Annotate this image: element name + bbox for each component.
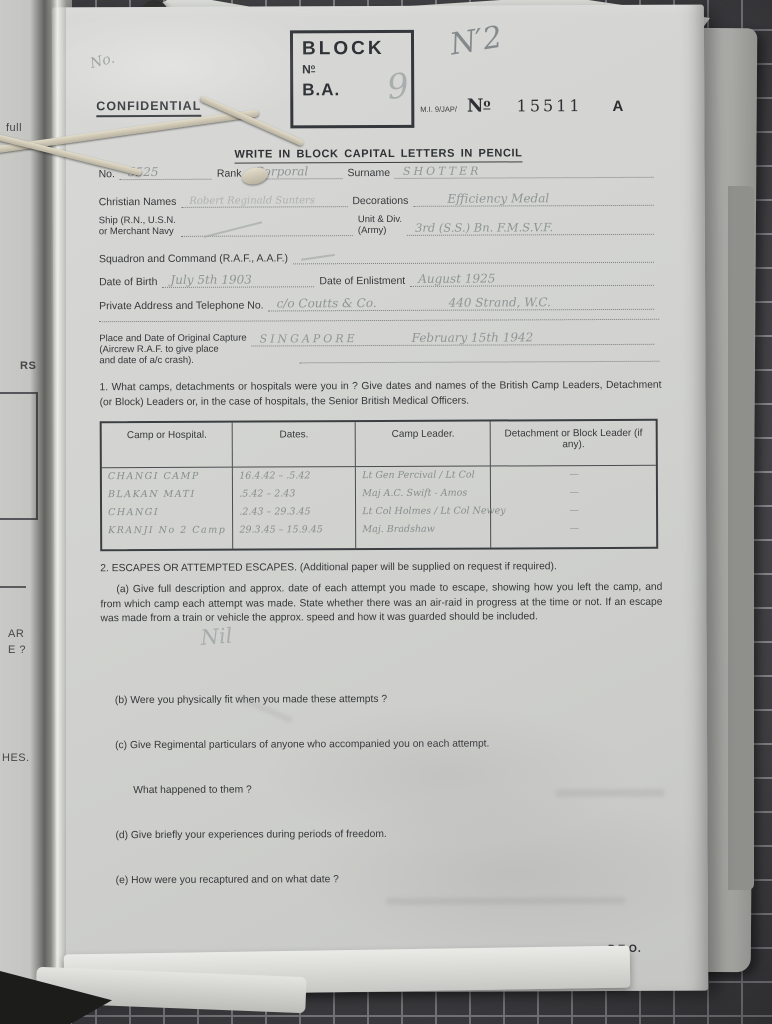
form-instruction-heading: WRITE IN BLOCK CAPITAL LETTERS IN PENCIL — [98, 143, 658, 163]
unit-label-line2: (Army) — [358, 225, 402, 236]
question-2e-text: (e) How were you recaptured and on what … — [116, 873, 648, 886]
field-unit: 3rd (S.S.) Bn. F.M.S.V.F. — [407, 220, 654, 236]
dates-column: 16.4.42 – .5.42 .5.42 – 2.43 .2.43 – 29.… — [233, 467, 356, 549]
field-squadron — [293, 248, 654, 265]
form-row-number-rank-surname: No. 5525 Rank Corporal Surname SHOTTER — [99, 163, 659, 180]
form-row-private-address: Private Address and Telephone No. c/o Co… — [99, 295, 659, 312]
field-date-of-birth-value: July 5th 1903 — [170, 273, 252, 287]
left-page-text-fragment: RS — [20, 360, 36, 372]
field-christian-names-value: Robert Reginald Sunters — [189, 195, 315, 207]
pow-questionnaire-page: No. CONFIDENTIAL BLOCK No B.A. 9 N′2 M.I… — [52, 5, 708, 994]
field-surname-value: SHOTTER — [403, 165, 481, 178]
form-row-squadron: Squadron and Command (R.A.F., A.A.F.) — [99, 248, 659, 265]
field-surname: SHOTTER — [395, 163, 654, 179]
table-cell-leader: Maj A.C. Swift - Amos — [362, 488, 485, 507]
table-cell-dates: .2.43 – 29.3.45 — [239, 506, 350, 524]
field-label-date-of-birth: Date of Birth — [99, 276, 157, 288]
handwritten-nil-answer: Nil — [200, 624, 234, 650]
handwritten-top-note: N′2 — [448, 20, 505, 63]
table-cell-detachment: — — [497, 505, 651, 524]
leader-column: Lt Gen Percival / Lt Col Maj A.C. Swift … — [356, 467, 492, 549]
field-date-of-enlistment: August 1925 — [410, 271, 654, 287]
ship-label-line1: Ship (R.N., U.S.N. — [99, 215, 176, 226]
field-label-surname: Surname — [347, 167, 390, 179]
ref-no-label: No — [467, 96, 491, 117]
left-page-text-fragment: E ? — [8, 644, 26, 656]
pencil-smudge — [386, 897, 626, 905]
table-cell-dates: 29.3.45 – 15.9.45 — [239, 524, 350, 542]
field-label-decorations: Decorations — [352, 195, 408, 207]
question-2c-text: (c) Give Regimental particulars of anyon… — [115, 738, 647, 751]
question-1-text: 1. What camps, detachments or hospitals … — [99, 379, 661, 410]
col-header-camp: Camp or Hospital. — [102, 423, 233, 468]
table-cell-camp: CHANGI — [108, 507, 227, 526]
ref-no-o: o — [483, 98, 490, 110]
field-unit-value: 3rd (S.S.) Bn. F.M.S.V.F. — [415, 220, 553, 235]
capture-label-line1: Place and Date of Original Capture — [99, 333, 246, 345]
camps-table-header: Camp or Hospital. Dates. Camp Leader. De… — [102, 421, 656, 468]
camps-table: Camp or Hospital. Dates. Camp Leader. De… — [100, 419, 659, 551]
field-date-of-birth: July 5th 1903 — [162, 272, 314, 288]
unit-label-line1: Unit & Div. — [358, 214, 402, 225]
stamp-line-block: BLOCK — [302, 38, 402, 60]
form-instruction-text: WRITE IN BLOCK CAPITAL LETTERS IN PENCIL — [234, 147, 522, 163]
field-label-no: No. — [99, 168, 115, 180]
table-cell-leader: Maj. Bradshaw — [362, 524, 485, 543]
table-cell-camp: KRANJI No 2 Camp — [108, 525, 227, 544]
table-cell-leader: Lt Gen Percival / Lt Col — [362, 470, 485, 489]
field-label-squadron: Squadron and Command (R.A.F., A.A.F.) — [99, 252, 288, 265]
question-2d-text: (d) Give briefly your experiences during… — [115, 828, 647, 841]
capture-label-line3: and date of a/c crash). — [99, 355, 246, 367]
pencil-smudge — [555, 789, 665, 797]
field-label-christian-names: Christian Names — [99, 196, 177, 208]
field-label-ship: Ship (R.N., U.S.N. or Merchant Navy — [99, 215, 176, 237]
ref-suffix: A — [613, 98, 624, 115]
question-2b-text: (b) Were you physically fit when you mad… — [115, 693, 647, 706]
confidential-label: CONFIDENTIAL — [96, 99, 201, 117]
blank-rule-line — [99, 319, 659, 322]
ref-prefix: M.I. 9/JAP/ — [420, 105, 457, 114]
field-decorations-value: Efficiency Medal — [447, 191, 549, 205]
detachment-column: — — — — — [491, 466, 656, 548]
field-capture: SINGAPORE February 15th 1942 — [252, 331, 655, 347]
table-cell-dates: 16.4.42 – .5.42 — [239, 470, 350, 488]
table-cell-camp: BLAKAN MATI — [108, 489, 227, 508]
field-label-date-of-enlistment: Date of Enlistment — [319, 275, 405, 287]
left-page-rule-fragment — [0, 586, 26, 588]
col-header-leader: Camp Leader. — [356, 422, 491, 467]
ship-label-line2: or Merchant Navy — [99, 226, 176, 237]
stamp-no-n: N — [302, 62, 311, 76]
camps-column: CHANGI CAMP BLAKAN MATI CHANGI KRANJI No… — [102, 468, 234, 550]
field-label-unit: Unit & Div. (Army) — [358, 214, 402, 236]
handwritten-block-number: 9 — [385, 66, 411, 108]
form-row-ship-unit: Ship (R.N., U.S.N. or Merchant Navy Unit… — [99, 213, 659, 237]
question-2a-text: (a) Give full description and approx. da… — [100, 581, 662, 627]
field-label-rank: Rank — [217, 168, 242, 180]
left-page-text-fragment: full — [6, 122, 22, 134]
ref-no-n: N — [467, 96, 484, 117]
table-cell-dates: .5.42 – 2.43 — [239, 488, 350, 506]
scanned-document-photo: full RS AR E ? HES. 2. 3. 4. No. CONFIDE… — [0, 0, 772, 1024]
block-number-stamp: BLOCK No B.A. 9 — [290, 30, 414, 129]
question-2-heading: 2. ESCAPES OR ATTEMPTED ESCAPES. (Additi… — [100, 561, 662, 574]
field-christian-names: Robert Reginald Sunters — [181, 192, 347, 208]
field-date-of-enlistment-value: August 1925 — [418, 271, 495, 285]
reference-number-line: M.I. 9/JAP/ No 15511 A — [420, 95, 623, 117]
table-cell-detachment: — — [498, 523, 652, 542]
capture-place-value: SINGAPORE — [260, 332, 358, 345]
left-page-text-fragment: HES. — [2, 752, 30, 764]
col-header-detachment: Detachment or Block Leader (if any). — [491, 421, 656, 466]
underlying-right-page-edge — [728, 186, 754, 890]
left-page-table-fragment — [0, 392, 38, 520]
table-cell-detachment: — — [497, 487, 651, 506]
field-label-capture: Place and Date of Original Capture (Airc… — [99, 333, 246, 367]
table-cell-camp: CHANGI CAMP — [108, 471, 227, 490]
table-cell-detachment: — — [497, 469, 651, 488]
field-label-private-address: Private Address and Telephone No. — [99, 300, 263, 313]
field-private-address: c/o Coutts & Co. 440 Strand, W.C. — [269, 295, 655, 312]
address-value-part1: c/o Coutts & Co. — [277, 296, 377, 310]
table-cell-leader: Lt Col Holmes / Lt Col Newey — [362, 506, 485, 525]
col-header-dates: Dates. — [233, 422, 356, 467]
left-page-text-fragment: AR — [8, 628, 24, 640]
ref-number: 15511 — [517, 96, 583, 115]
handwritten-corner-note: No. — [89, 50, 117, 72]
field-decorations: Efficiency Medal — [413, 191, 653, 207]
form-row-birth-enlistment: Date of Birth July 5th 1903 Date of Enli… — [99, 271, 659, 288]
capture-date-value: February 15th 1942 — [412, 330, 534, 345]
camps-table-body: CHANGI CAMP BLAKAN MATI CHANGI KRANJI No… — [102, 466, 656, 549]
stamp-no-o: o — [311, 64, 315, 72]
capture-label-line2: (Aircrew R.A.F. to give place — [99, 344, 246, 356]
address-value-part2: 440 Strand, W.C. — [449, 295, 551, 309]
form-row-names-decorations: Christian Names Robert Reginald Sunters … — [99, 191, 659, 208]
